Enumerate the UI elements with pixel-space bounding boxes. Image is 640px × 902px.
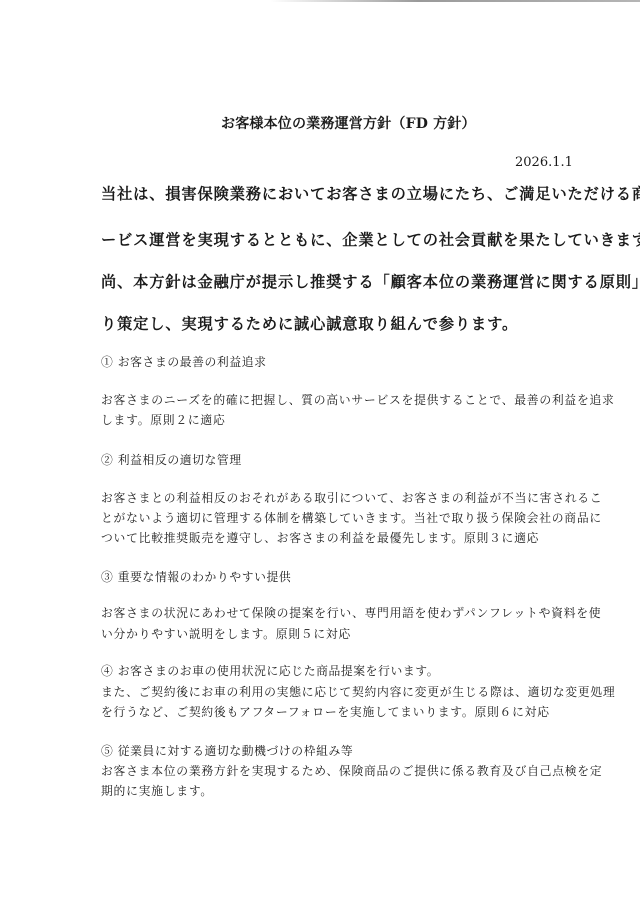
document-title: お客様本位の業務運営方針（FD 方針） bbox=[221, 113, 476, 133]
section-body-line: また、ご契約後にお車の利用の実態に応じて契約内容に変更が生じる際は、適切な変更処… bbox=[101, 683, 615, 700]
section-body-line: を行うなど、ご契約後もアフターフォローを実施してまいります。原則６に対応 bbox=[101, 703, 550, 720]
document-date: 2026.1.1 bbox=[515, 155, 573, 170]
section-heading-4: ④ お客さまのお車の使用状況に応じた商品提案を行います。 bbox=[101, 662, 439, 679]
section-heading-3: ③ 重要な情報のわかりやすい提供 bbox=[101, 568, 291, 585]
section-heading-1: ① お客さまの最善の利益追求 bbox=[101, 353, 267, 370]
section-body-line: します。原則２に適応 bbox=[101, 411, 226, 428]
section-body-line: 期的に実施します。 bbox=[101, 782, 213, 799]
section-body-line: とがないよう適切に管理する体制を構築していきます。当社で取り扱う保険会社の商品に bbox=[101, 509, 602, 526]
section-body-line: お客さま本位の業務方針を実現するため、保険商品のご提供に係る教育及び自己点検を定 bbox=[101, 762, 602, 779]
intro-line: 尚、本方針は金融庁が提示し推奨する「顧客本位の業務運営に関する原則」に則 bbox=[101, 271, 640, 292]
section-heading-2: ② 利益相反の適切な管理 bbox=[101, 451, 242, 468]
section-body-line: お客さまとの利益相反のおそれがある取引について、お客さまの利益が不当に害されるこ bbox=[101, 489, 602, 506]
section-body-line: お客さまのニーズを的確に把握し、質の高いサービスを提供することで、最善の利益を追… bbox=[101, 391, 615, 408]
section-heading-5: ⑤ 従業員に対する適切な動機づけの枠組み等 bbox=[101, 742, 353, 759]
intro-line: り策定し、実現するために誠心誠意取り組んで参ります。 bbox=[101, 313, 518, 334]
intro-line: ービス運営を実現するとともに、企業としての社会貢献を果たしていきます。 bbox=[101, 229, 640, 250]
section-body-line: お客さまの状況にあわせて保険の提案を行い、専門用語を使わずパンフレットや資料を使 bbox=[101, 604, 601, 621]
intro-line: 当社は、損害保険業務においてお客さまの立場にたち、ご満足いただける商品サ bbox=[101, 183, 640, 204]
scan-edge-shadow bbox=[270, 0, 640, 2]
section-body-line: ついて比較推奨販売を遵守し、お客さまの利益を最優先します。原則３に適応 bbox=[101, 529, 539, 546]
section-body-line: い分かりやすい説明をします。原則５に対応 bbox=[101, 625, 351, 642]
